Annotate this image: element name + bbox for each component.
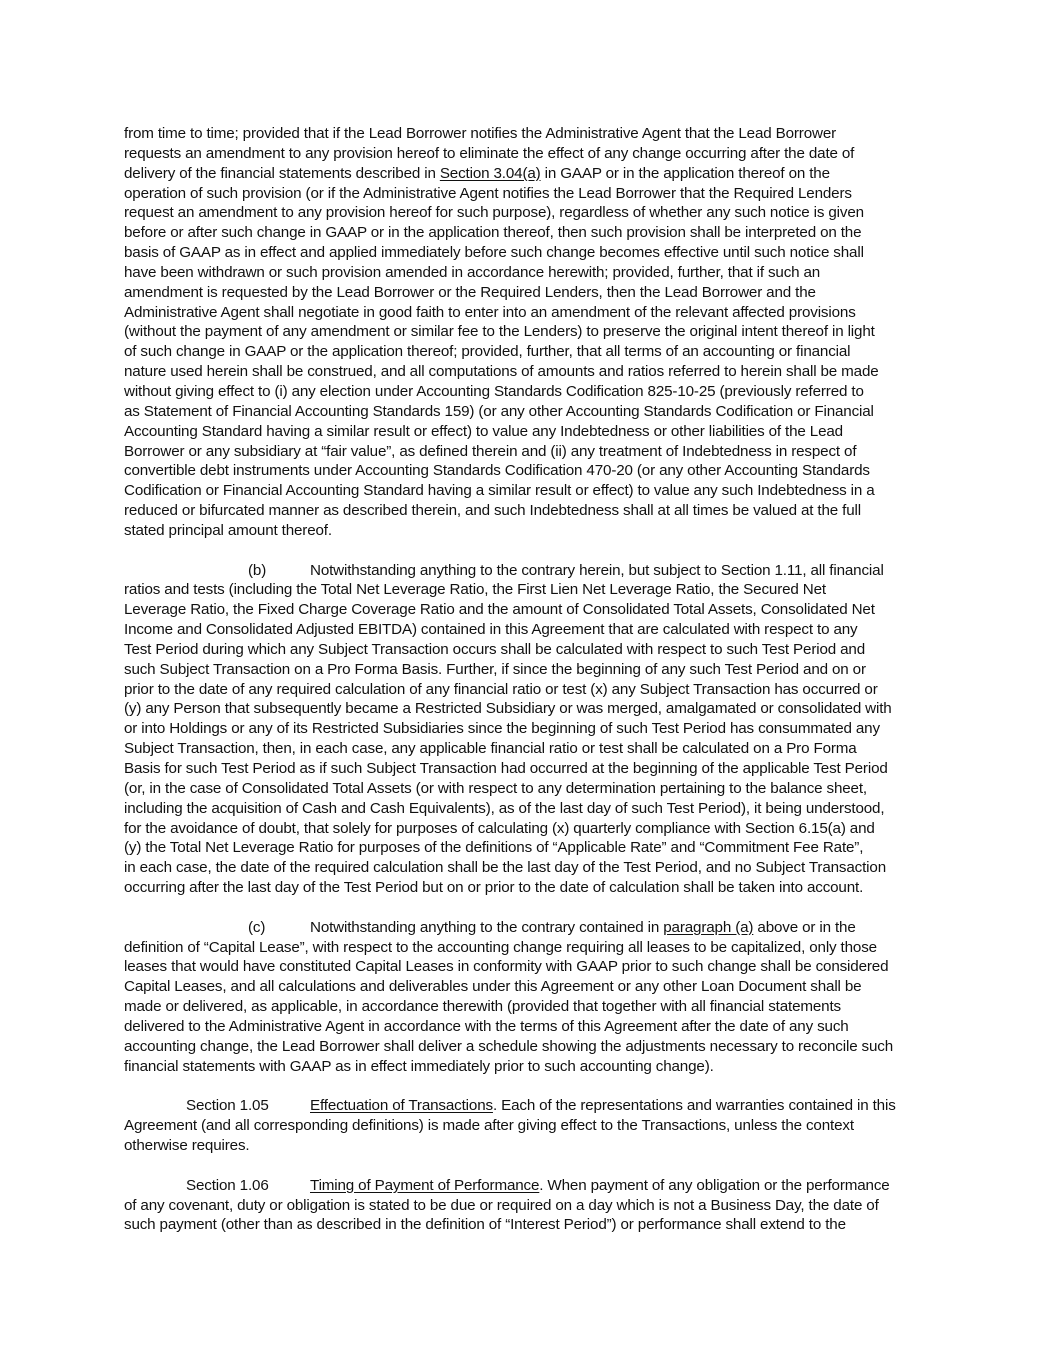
text-line: have been withdrawn or such provision am…: [124, 263, 944, 283]
text-line: convertible debt instruments under Accou…: [124, 461, 944, 481]
text-line: Borrower or any subsidiary at “fair valu…: [124, 442, 944, 462]
text-line: ratios and tests (including the Total Ne…: [124, 580, 944, 600]
paragraph-b: (b)Notwithstanding anything to the contr…: [124, 561, 944, 898]
text-line: Section 1.06Timing of Payment of Perform…: [124, 1176, 944, 1196]
text-segment: delivery of the financial statements des…: [124, 165, 440, 182]
text-segment: . Each of the representations and warran…: [493, 1097, 896, 1114]
section-3-04a-reference-link[interactable]: Section 3.04(a): [440, 165, 541, 182]
text-line: requests an amendment to any provision h…: [124, 144, 944, 164]
text-line: stated principal amount thereof.: [124, 521, 944, 541]
text-line: Basis for such Test Period as if such Su…: [124, 759, 944, 779]
text-line: as Statement of Financial Accounting Sta…: [124, 402, 944, 422]
text-line: in each case, the date of the required c…: [124, 858, 944, 878]
text-line: (y) any Person that subsequently became …: [124, 699, 944, 719]
section-1-05: Section 1.05Effectuation of Transactions…: [124, 1096, 944, 1156]
text-line: from time to time; provided that if the …: [124, 124, 944, 144]
text-line: nature used herein shall be construed, a…: [124, 362, 944, 382]
text-line: financial statements with GAAP as in eff…: [124, 1057, 944, 1077]
text-line: Accounting Standard having a similar res…: [124, 422, 944, 442]
section-heading: Timing of Payment of Performance: [310, 1177, 539, 1194]
paragraph-a-continuation: from time to time; provided that if the …: [124, 124, 944, 541]
text-line: Administrative Agent shall negotiate in …: [124, 303, 944, 323]
text-line: accounting change, the Lead Borrower sha…: [124, 1037, 944, 1057]
text-line: occurring after the last day of the Test…: [124, 878, 944, 898]
section-number: Section 1.05: [186, 1096, 310, 1116]
text-line: leases that would have constituted Capit…: [124, 957, 944, 977]
text-line: before or after such change in GAAP or i…: [124, 223, 944, 243]
text-line: request an amendment to any provision he…: [124, 203, 944, 223]
text-line: Agreement (and all corresponding definit…: [124, 1116, 944, 1136]
text-segment: Notwithstanding anything to the contrary…: [310, 562, 884, 579]
text-line: without giving effect to (i) any electio…: [124, 382, 944, 402]
paragraph-label: (b): [248, 561, 310, 581]
text-line: prior to the date of any required calcul…: [124, 680, 944, 700]
paragraph-a-reference-link[interactable]: paragraph (a): [663, 919, 753, 936]
text-line: (y) the Total Net Leverage Ratio for pur…: [124, 838, 944, 858]
section-heading: Effectuation of Transactions: [310, 1097, 493, 1114]
text-line: such Subject Transaction on a Pro Forma …: [124, 660, 944, 680]
text-line: Capital Leases, and all calculations and…: [124, 977, 944, 997]
text-line: delivered to the Administrative Agent in…: [124, 1017, 944, 1037]
text-line: for the avoidance of doubt, that solely …: [124, 819, 944, 839]
document-page: from time to time; provided that if the …: [124, 124, 944, 1255]
text-line: Section 1.05Effectuation of Transactions…: [124, 1096, 944, 1116]
text-line: made or delivered, as applicable, in acc…: [124, 997, 944, 1017]
text-line: basis of GAAP as in effect and applied i…: [124, 243, 944, 263]
text-line: such payment (other than as described in…: [124, 1215, 944, 1235]
text-line: reduced or bifurcated manner as describe…: [124, 501, 944, 521]
text-line: Codification or Financial Accounting Sta…: [124, 481, 944, 501]
text-line: delivery of the financial statements des…: [124, 164, 944, 184]
section-number: Section 1.06: [186, 1176, 310, 1196]
text-line: operation of such provision (or if the A…: [124, 184, 944, 204]
text-line: otherwise requires.: [124, 1136, 944, 1156]
text-line: Test Period during which any Subject Tra…: [124, 640, 944, 660]
paragraph-label: (c): [248, 918, 310, 938]
text-line: amendment is requested by the Lead Borro…: [124, 283, 944, 303]
text-line: definition of “Capital Lease”, with resp…: [124, 938, 944, 958]
text-segment: in GAAP or in the application thereof on…: [541, 165, 830, 182]
text-segment: Notwithstanding anything to the contrary…: [310, 919, 663, 936]
section-1-06: Section 1.06Timing of Payment of Perform…: [124, 1176, 944, 1236]
text-line: (c)Notwithstanding anything to the contr…: [124, 918, 944, 938]
text-line: (without the payment of any amendment or…: [124, 322, 944, 342]
text-line: Income and Consolidated Adjusted EBITDA)…: [124, 620, 944, 640]
text-line: (or, in the case of Consolidated Total A…: [124, 779, 944, 799]
text-line: of any covenant, duty or obligation is s…: [124, 1196, 944, 1216]
text-segment: above or in the: [753, 919, 855, 936]
paragraph-c: (c)Notwithstanding anything to the contr…: [124, 918, 944, 1077]
text-line: Leverage Ratio, the Fixed Charge Coverag…: [124, 600, 944, 620]
text-line: including the acquisition of Cash and Ca…: [124, 799, 944, 819]
text-segment: . When payment of any obligation or the …: [539, 1177, 889, 1194]
text-line: of such change in GAAP or the applicatio…: [124, 342, 944, 362]
text-line: or into Holdings or any of its Restricte…: [124, 719, 944, 739]
text-line: Subject Transaction, then, in each case,…: [124, 739, 944, 759]
text-line: (b)Notwithstanding anything to the contr…: [124, 561, 944, 581]
